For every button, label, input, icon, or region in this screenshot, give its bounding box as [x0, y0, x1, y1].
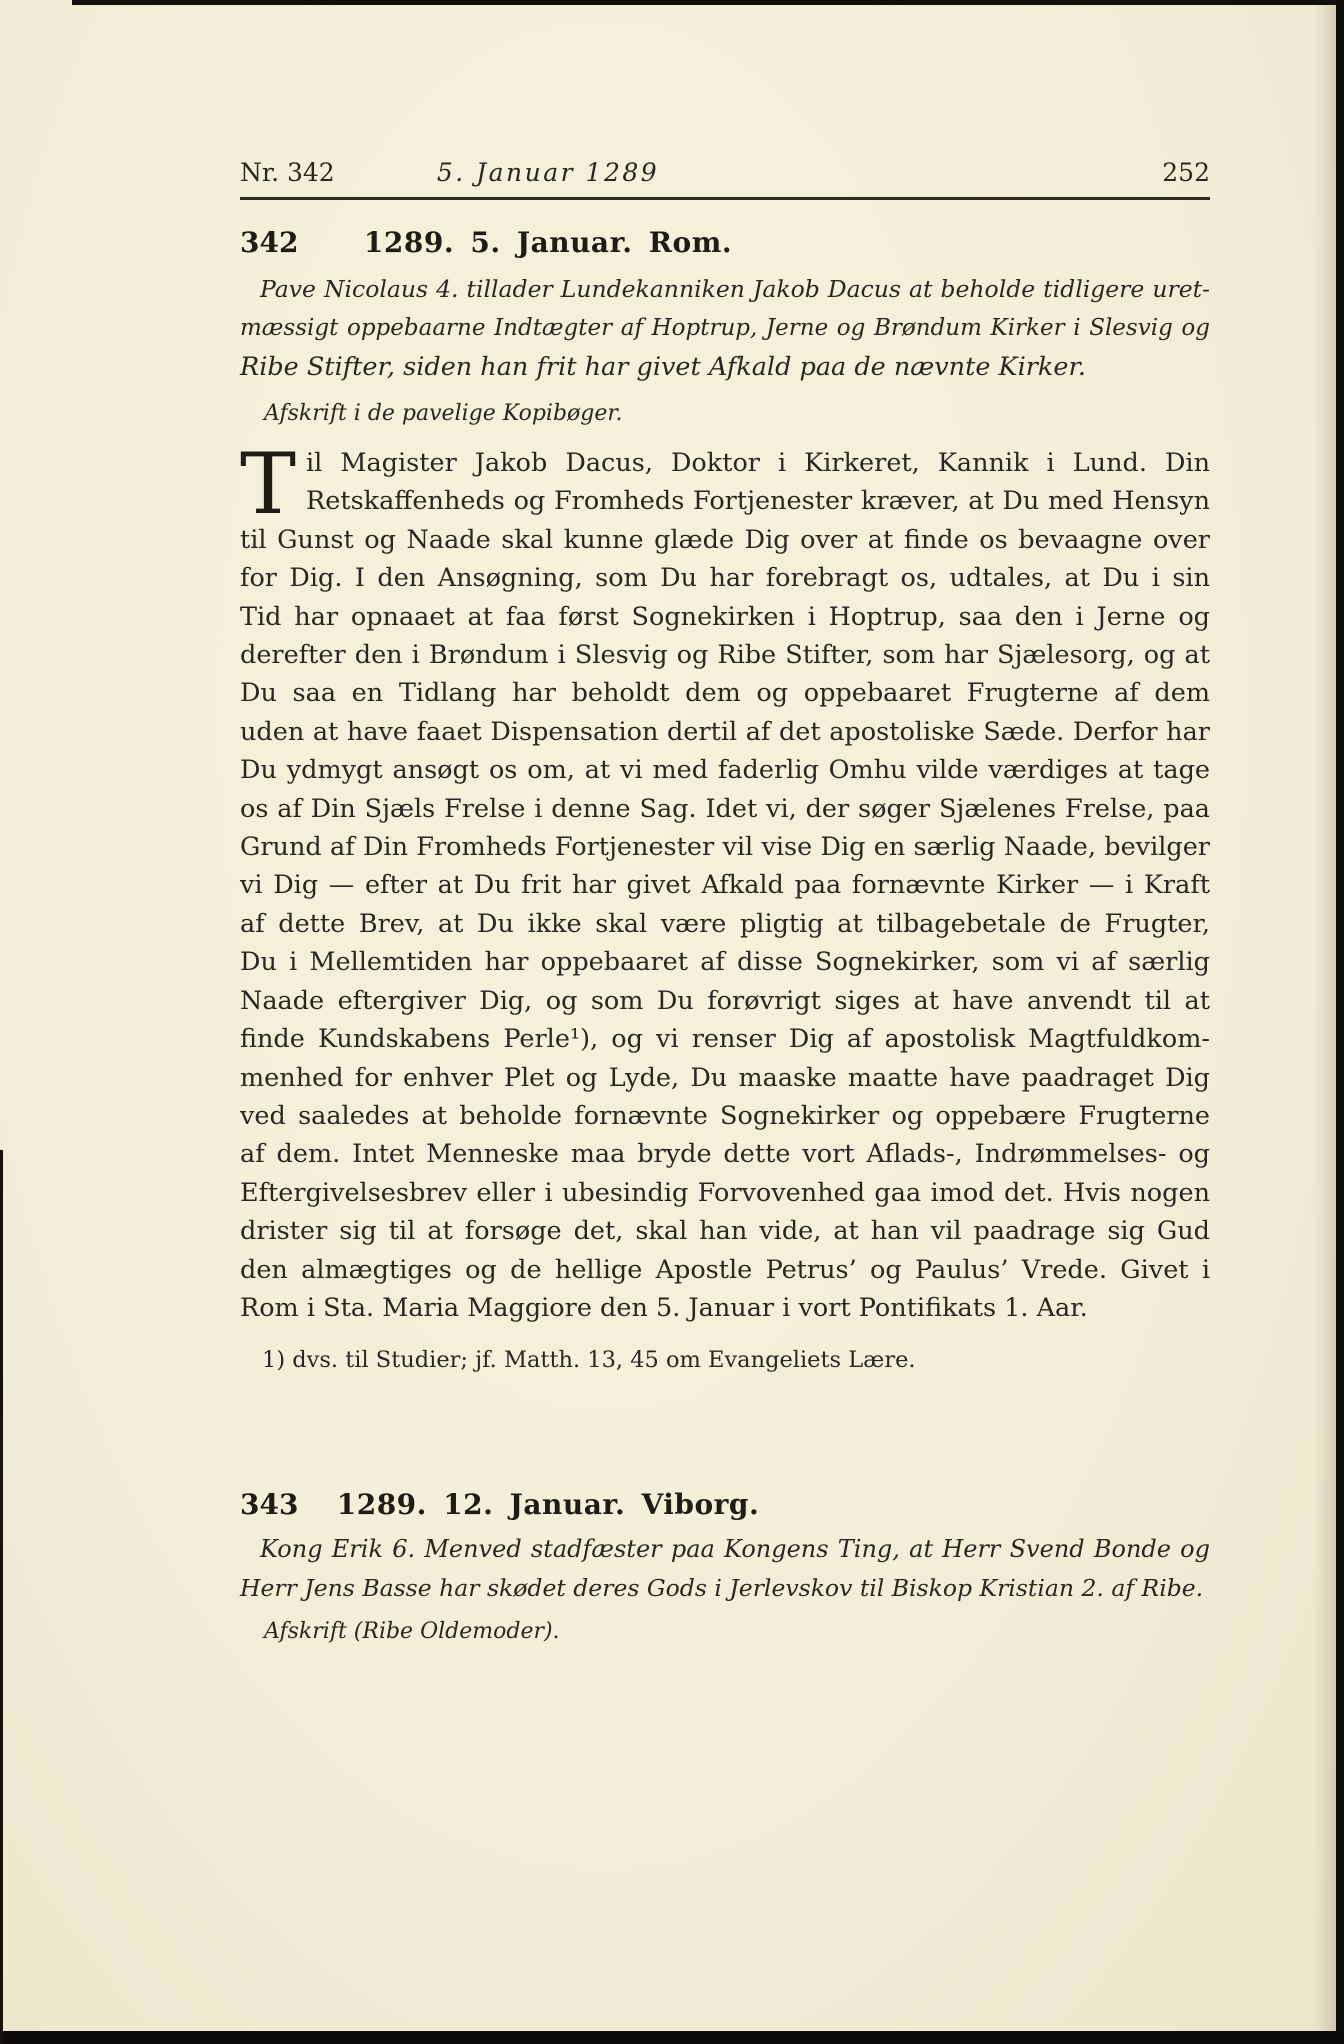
- body-line: Du saa en Tidlang har beholdt dem og opp…: [240, 674, 1210, 712]
- body-line: af dette Brev, at Du ikke skal være plig…: [240, 905, 1210, 943]
- entry-343-source-note: Afskrift (Ribe Oldemoder).: [240, 1619, 1210, 1644]
- body-line: uden at have faaet Dispensation dertil a…: [240, 713, 1210, 751]
- entry-342-body: T il Magister Jakob Dacus, Doktor i Kirk…: [240, 444, 1210, 1327]
- scan-edge-top: [72, 0, 1344, 5]
- body-line: os af Din Sjæls Frelse i denne Sag. Idet…: [240, 790, 1210, 828]
- text-column: Nr. 342 5. Januar 1289 252 342 1289. 5. …: [240, 0, 1210, 2044]
- body-line: Rom i Sta. Maria Maggiore den 5. Januar …: [240, 1289, 1210, 1327]
- entry-343-heading: 343 1289. 12. Januar. Viborg.: [240, 1488, 1210, 1524]
- running-header-date: 5. Januar 1289: [240, 158, 856, 187]
- body-line: derefter den i Brøndum i Slesvig og Ribe…: [240, 636, 1210, 674]
- body-line: ved saaledes at beholde fornævnte Sognek…: [240, 1097, 1210, 1135]
- body-line: Retskaffenheds og Fromheds Fortjenester …: [240, 482, 1210, 520]
- dropcap-initial: T: [240, 444, 306, 520]
- scan-shadow-right: [1314, 0, 1336, 2044]
- body-line: den almægtiges og de hellige Apostle Pet…: [240, 1251, 1210, 1289]
- body-line: til Gunst og Naade skal kunne glæde Dig …: [240, 521, 1210, 559]
- body-line: Grund af Din Fromheds Fortjenester vil v…: [240, 828, 1210, 866]
- body-line: il Magister Jakob Dacus, Doktor i Kirker…: [240, 444, 1210, 482]
- summary-line: Kong Erik 6. Menved stadfæster paa Konge…: [240, 1530, 1210, 1569]
- running-header-page-number: 252: [1162, 158, 1210, 187]
- summary-line: Herr Jens Basse har skødet deres Gods i …: [240, 1569, 1210, 1608]
- entry-342-source-note: Afskrift i de pavelige Kopibøger.: [240, 401, 1210, 426]
- running-header: Nr. 342 5. Januar 1289 252: [240, 158, 1210, 192]
- body-line: af dem. Intet Menneske maa bryde dette v…: [240, 1135, 1210, 1173]
- entry-342-summary: Pave Nicolaus 4. tillader Lundekanniken …: [240, 270, 1210, 387]
- body-line: Du i Mellemtiden har oppebaaret af disse…: [240, 943, 1210, 981]
- summary-line: Pave Nicolaus 4. tillader Lundekanniken …: [240, 270, 1210, 309]
- body-line: Naade eftergiver Dig, og som Du forøvrig…: [240, 982, 1210, 1020]
- scan-edge-right: [1336, 0, 1344, 2044]
- entry-342-dateline: 1289. 5. Januar. Rom.: [240, 226, 856, 259]
- body-line: Tid har opnaaet at faa først Sognekirken…: [240, 598, 1210, 636]
- body-line: Eftergivelsesbrev eller i ubesindig Forv…: [240, 1174, 1210, 1212]
- body-line: finde Kundskabens Perle¹), og vi renser …: [240, 1020, 1210, 1058]
- entry-342-body-lines: il Magister Jakob Dacus, Doktor i Kirker…: [240, 444, 1210, 1327]
- summary-line: mæssigt oppebaarne Indtægter af Hoptrup,…: [240, 309, 1210, 348]
- entry-343-summary: Kong Erik 6. Menved stadfæster paa Konge…: [240, 1530, 1210, 1608]
- scan-edge-left: [0, 1150, 3, 2044]
- header-rule: [240, 197, 1210, 200]
- entry-342-heading: 342 1289. 5. Januar. Rom.: [240, 226, 1210, 262]
- body-line: vi Dig — efter at Du frit har givet Afka…: [240, 866, 1210, 904]
- entry-342-footnote: 1) dvs. til Studier; jf. Matth. 13, 45 o…: [240, 1347, 1210, 1373]
- scan-edge-bottom: [0, 2031, 1344, 2044]
- entry-343-dateline: 1289. 12. Januar. Viborg.: [240, 1488, 856, 1521]
- body-line: Du ydmygt ansøgt os om, at vi med faderl…: [240, 751, 1210, 789]
- body-line: drister sig til at forsøge det, skal han…: [240, 1212, 1210, 1250]
- body-line: menhed for enhver Plet og Lyde, Du maask…: [240, 1059, 1210, 1097]
- body-line: for Dig. I den Ansøgning, som Du har for…: [240, 559, 1210, 597]
- summary-line: Ribe Stifter, siden han frit har givet A…: [240, 348, 1210, 387]
- scanned-book-page: Nr. 342 5. Januar 1289 252 342 1289. 5. …: [0, 0, 1344, 2044]
